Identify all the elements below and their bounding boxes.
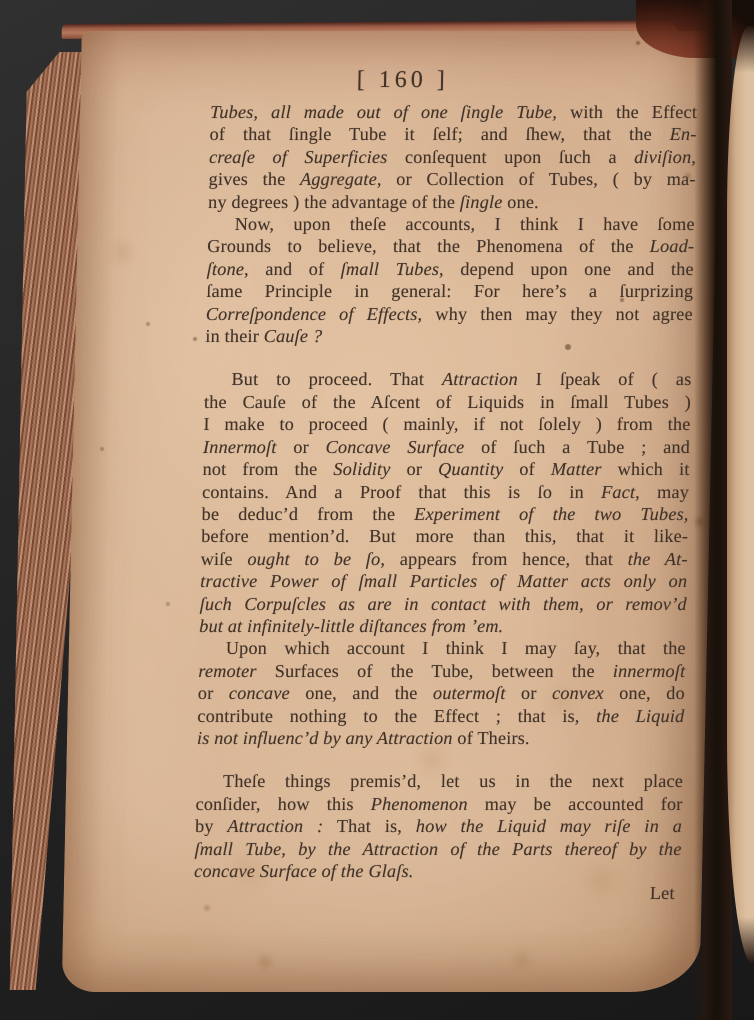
text-block: Tubes, all made out of one ſingle Tube, … (193, 101, 697, 905)
text-line: Tubes, all made out of one ſingle Tube, … (210, 101, 697, 123)
text-line: gives the Aggregate, or Collection of Tu… (208, 168, 695, 190)
italic-text: Solidity (333, 459, 391, 479)
text-line: conſider, how this Phenomenon may be acc… (195, 793, 682, 815)
roman-text: by (195, 816, 228, 836)
italic-text: ſtone (207, 259, 245, 279)
italic-text: Correſpondence of Effects (206, 304, 418, 324)
roman-text: or (276, 437, 325, 457)
paragraph: Now, upon theſe accounts, I think I have… (205, 213, 695, 347)
roman-text: contains. And a Proof that this is ſo in (202, 482, 601, 502)
roman-text: I ſpeak of ( as (518, 369, 692, 389)
italic-text: concave Surface of the Glaſs. (194, 861, 414, 881)
roman-text: Now, upon theſe accounts, I think I have… (235, 214, 695, 234)
text-line: ſuch Corpuſcles as are in contact with t… (200, 593, 687, 615)
italic-text: Matter (551, 459, 602, 479)
italic-text: is not influenc’d by any Attraction (197, 728, 453, 748)
text-line: contribute nothing to the Effect ; that … (197, 705, 684, 727)
page-number-header: [ 160 ] (332, 67, 473, 94)
roman-text: gives the (208, 169, 300, 189)
text-line: Theſe things premis’d, let us in the nex… (196, 770, 683, 792)
roman-text: be deduc’d from the (201, 504, 414, 524)
paragraph: Tubes, all made out of one ſingle Tube, … (208, 101, 697, 213)
roman-text: wiſe (201, 549, 248, 569)
text-line: be deduc’d from the Experiment of the tw… (201, 503, 688, 525)
roman-text: contribute nothing to the Effect ; that … (197, 706, 596, 726)
text-line: Upon which account I think I may ſay, th… (199, 637, 686, 659)
italic-text: tractive Power of ſmall Particles of Mat… (200, 571, 687, 591)
text-line: Grounds to believe, that the Phenomena o… (207, 235, 694, 257)
italic-text: ſmall Tubes (341, 259, 440, 279)
text-line: I make to proceed ( mainly, if not ſolel… (203, 413, 690, 435)
roman-text: one. (502, 192, 539, 212)
roman-text: , appears from hence, that (380, 549, 628, 569)
italic-text: Experiment of the two Tubes, (414, 504, 689, 524)
text-line: remoter Surfaces of the Tube, between th… (198, 660, 685, 682)
roman-text: in their (205, 326, 264, 346)
roman-text: may be accounted for (468, 794, 683, 814)
roman-text: or (198, 683, 229, 703)
italic-text: Cauſe ? (264, 326, 323, 346)
roman-text: ſame Principle in general: For here’s a … (206, 281, 693, 301)
text-line: but at infinitely-little diſtances from … (199, 615, 686, 637)
roman-text: Grounds to believe, that the Phenomena o… (207, 236, 650, 256)
roman-text: That is, (323, 816, 416, 836)
roman-text: or (390, 459, 438, 479)
roman-text: Surfaces of the Tube, between the (256, 661, 613, 681)
italic-text: ought to be ſo (247, 549, 380, 569)
book-scan: [ 160 ] Tubes, all made out of one ſingl… (0, 0, 754, 1020)
roman-text: one, and the (290, 683, 434, 703)
italic-text: the At- (628, 549, 688, 569)
text-line: in their Cauſe ? (205, 325, 692, 347)
italic-text: but at infinitely-little diſtances from … (199, 616, 504, 636)
text-line: by Attraction : That is, how the Liquid … (195, 815, 682, 837)
italic-text: concave (229, 683, 290, 703)
italic-text: Tubes, all made out of one ſingle Tube, (210, 102, 558, 122)
paragraph: But to proceed. That Attraction I ſpeak … (199, 368, 692, 637)
roman-text: one, do (604, 683, 686, 703)
italic-text: Fact (601, 482, 636, 502)
roman-text: before mention’d. But more than this, th… (201, 526, 688, 546)
text-line: Now, upon theſe accounts, I think I have… (207, 213, 694, 235)
book-page: [ 160 ] Tubes, all made out of one ſingl… (62, 31, 720, 992)
text-line: ſame Principle in general: For here’s a … (206, 280, 693, 302)
italic-text: Quantity (438, 459, 504, 479)
roman-text: or (505, 683, 552, 703)
italic-text: Innermoſt (203, 437, 277, 457)
text-line: But to proceed. That Attraction I ſpeak … (204, 368, 691, 390)
roman-text: , may (635, 482, 689, 502)
italic-text: convex (552, 683, 604, 703)
text-line: creaſe of Superficies conſequent upon ſu… (209, 146, 696, 168)
text-line: of that ſingle Tube it ſelf; and ſhew, t… (209, 123, 696, 145)
italic-text: ſuch Corpuſcles as are in contact with t… (200, 594, 687, 614)
roman-text: of that ſingle Tube it ſelf; and ſhew, t… (209, 124, 670, 144)
roman-text: , and of (244, 259, 341, 279)
roman-text: of Theirs. (452, 728, 530, 748)
italic-text: Concave Surface (325, 437, 464, 457)
facing-page-edge (727, 26, 754, 964)
text-line: before mention’d. But more than this, th… (201, 525, 688, 547)
text-line: Innermoſt or Concave Surface of ſuch a T… (203, 436, 690, 458)
text-line: contains. And a Proof that this is ſo in… (202, 481, 689, 503)
text-line: ny degrees ) the advantage of the ſingle… (208, 191, 695, 213)
roman-text: But to proceed. That (231, 369, 442, 389)
text-line: ſmall Tube, by the Attraction of the Par… (194, 838, 681, 860)
italic-text: remoter (198, 661, 257, 681)
roman-text: which it (601, 459, 689, 479)
text-line: Correſpondence of Effects, why then may … (206, 303, 693, 325)
italic-text: ſmall Tube, by the Attraction of the Par… (194, 839, 681, 859)
italic-text: Attraction (442, 369, 518, 389)
text-line: is not influenc’d by any Attraction of T… (197, 727, 684, 749)
paragraph: Theſe things premis’d, let us in the nex… (194, 770, 683, 882)
italic-text: creaſe of Superficies (209, 147, 388, 167)
roman-text: , depend upon one and the (439, 259, 694, 279)
roman-text: with the Effect (557, 102, 697, 122)
roman-text: the Cauſe of the Aſcent of Liquids in ſm… (204, 392, 691, 412)
italic-text: diviſion, (634, 147, 696, 167)
roman-text: ny degrees ) the advantage of the (208, 192, 460, 212)
italic-text: En- (670, 124, 697, 144)
text-line: ſtone, and of ſmall Tubes, depend upon o… (207, 258, 694, 280)
italic-text: outermoſt (433, 683, 506, 703)
text-line: the Cauſe of the Aſcent of Liquids in ſm… (204, 391, 691, 413)
roman-text: Theſe things premis’d, let us in the nex… (223, 771, 683, 791)
text-line: concave Surface of the Glaſs. (194, 860, 681, 882)
italic-text: Aggregate (300, 169, 377, 189)
roman-text: , why then may they not agree (417, 304, 693, 324)
italic-text: ſingle (460, 192, 503, 212)
roman-text: conſider, how this (195, 794, 371, 814)
italic-text: how the Liquid may riſe in a (416, 816, 683, 836)
catchword: Let (193, 882, 680, 904)
roman-text: of (503, 459, 551, 479)
italic-text: Load- (650, 236, 695, 256)
italic-text: Attraction : (227, 816, 323, 836)
roman-text: not from the (202, 459, 333, 479)
text-line: not from the Solidity or Quantity of Mat… (202, 458, 689, 480)
text-line: wiſe ought to be ſo, appears from hence,… (200, 548, 687, 570)
roman-text: I make to proceed ( mainly, if not ſolel… (203, 414, 690, 434)
italic-text: Phenomenon (371, 794, 468, 814)
book: [ 160 ] Tubes, all made out of one ſingl… (8, 20, 720, 992)
text-line: tractive Power of ſmall Particles of Mat… (200, 570, 687, 592)
roman-text: Upon which account I think I may ſay, th… (226, 638, 686, 658)
roman-text: conſequent upon ſuch a (387, 147, 634, 167)
text-line: or concave one, and the outermoſt or con… (198, 682, 685, 704)
roman-text: , or Collection of Tubes, ( by ma- (377, 169, 696, 189)
roman-text: of ſuch a Tube ; and (464, 437, 690, 457)
italic-text: innermoſt (613, 661, 686, 681)
italic-text: the Liquid (596, 706, 685, 726)
paragraph: Upon which account I think I may ſay, th… (197, 637, 686, 749)
